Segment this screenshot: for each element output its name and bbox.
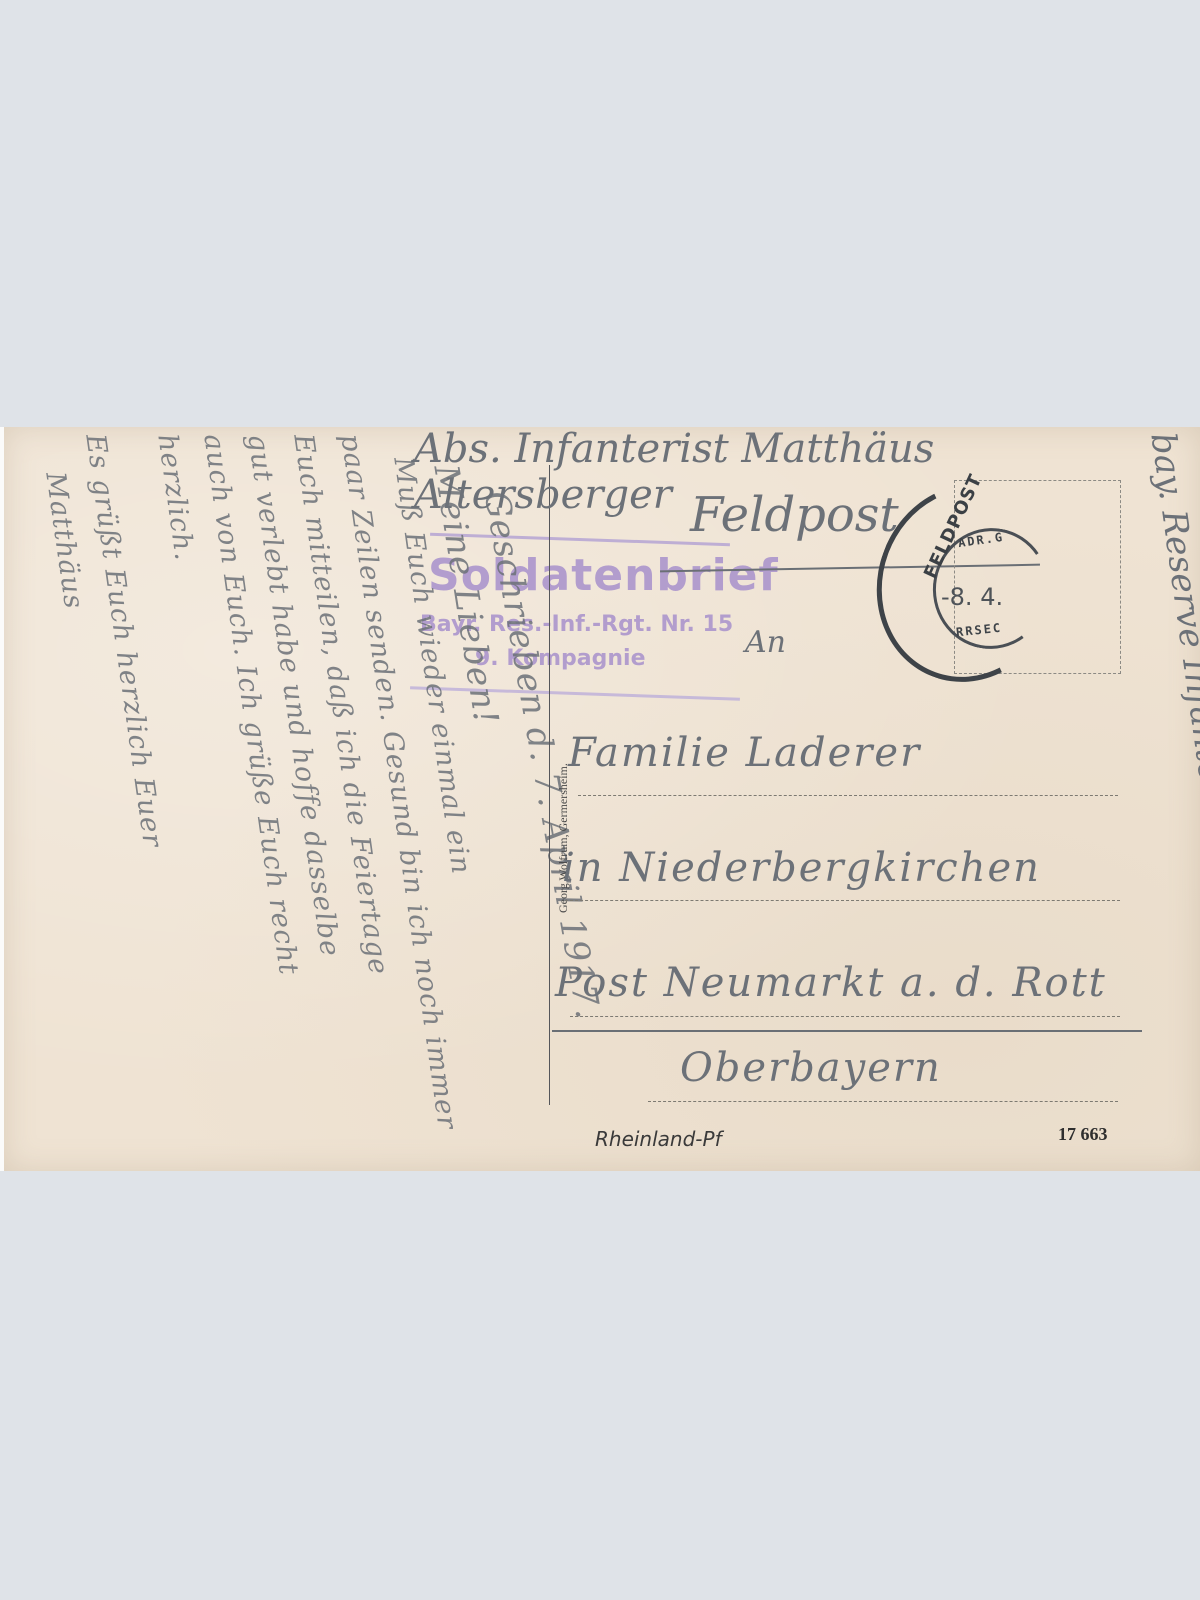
service-mark: Feldpost — [690, 487, 899, 543]
center-divider — [549, 465, 550, 1105]
postmark: FELDPOST ADR.G -8. 4. RRSEC — [878, 483, 1078, 683]
address-line-3 — [570, 1016, 1120, 1017]
recipient-post-office: Post Neumarkt a. d. Rott — [555, 960, 1107, 1006]
recipient-region: Oberbayern — [680, 1045, 942, 1091]
archive-note: Rheinland-Pf — [595, 1127, 722, 1151]
postmark-date: -8. 4. — [941, 583, 1003, 611]
unit-stamp-company: 9. Kompagnie — [475, 646, 646, 671]
recipient-prefix: An — [745, 625, 786, 660]
recipient-name: Familie Laderer — [568, 730, 921, 776]
address-line-2 — [565, 900, 1120, 901]
address-line-1 — [578, 795, 1118, 796]
catalog-number: 17 663 — [1058, 1124, 1108, 1145]
address-line-4 — [648, 1101, 1118, 1102]
address-underline — [552, 1030, 1142, 1032]
recipient-place: in Niederbergkirchen — [562, 845, 1041, 891]
